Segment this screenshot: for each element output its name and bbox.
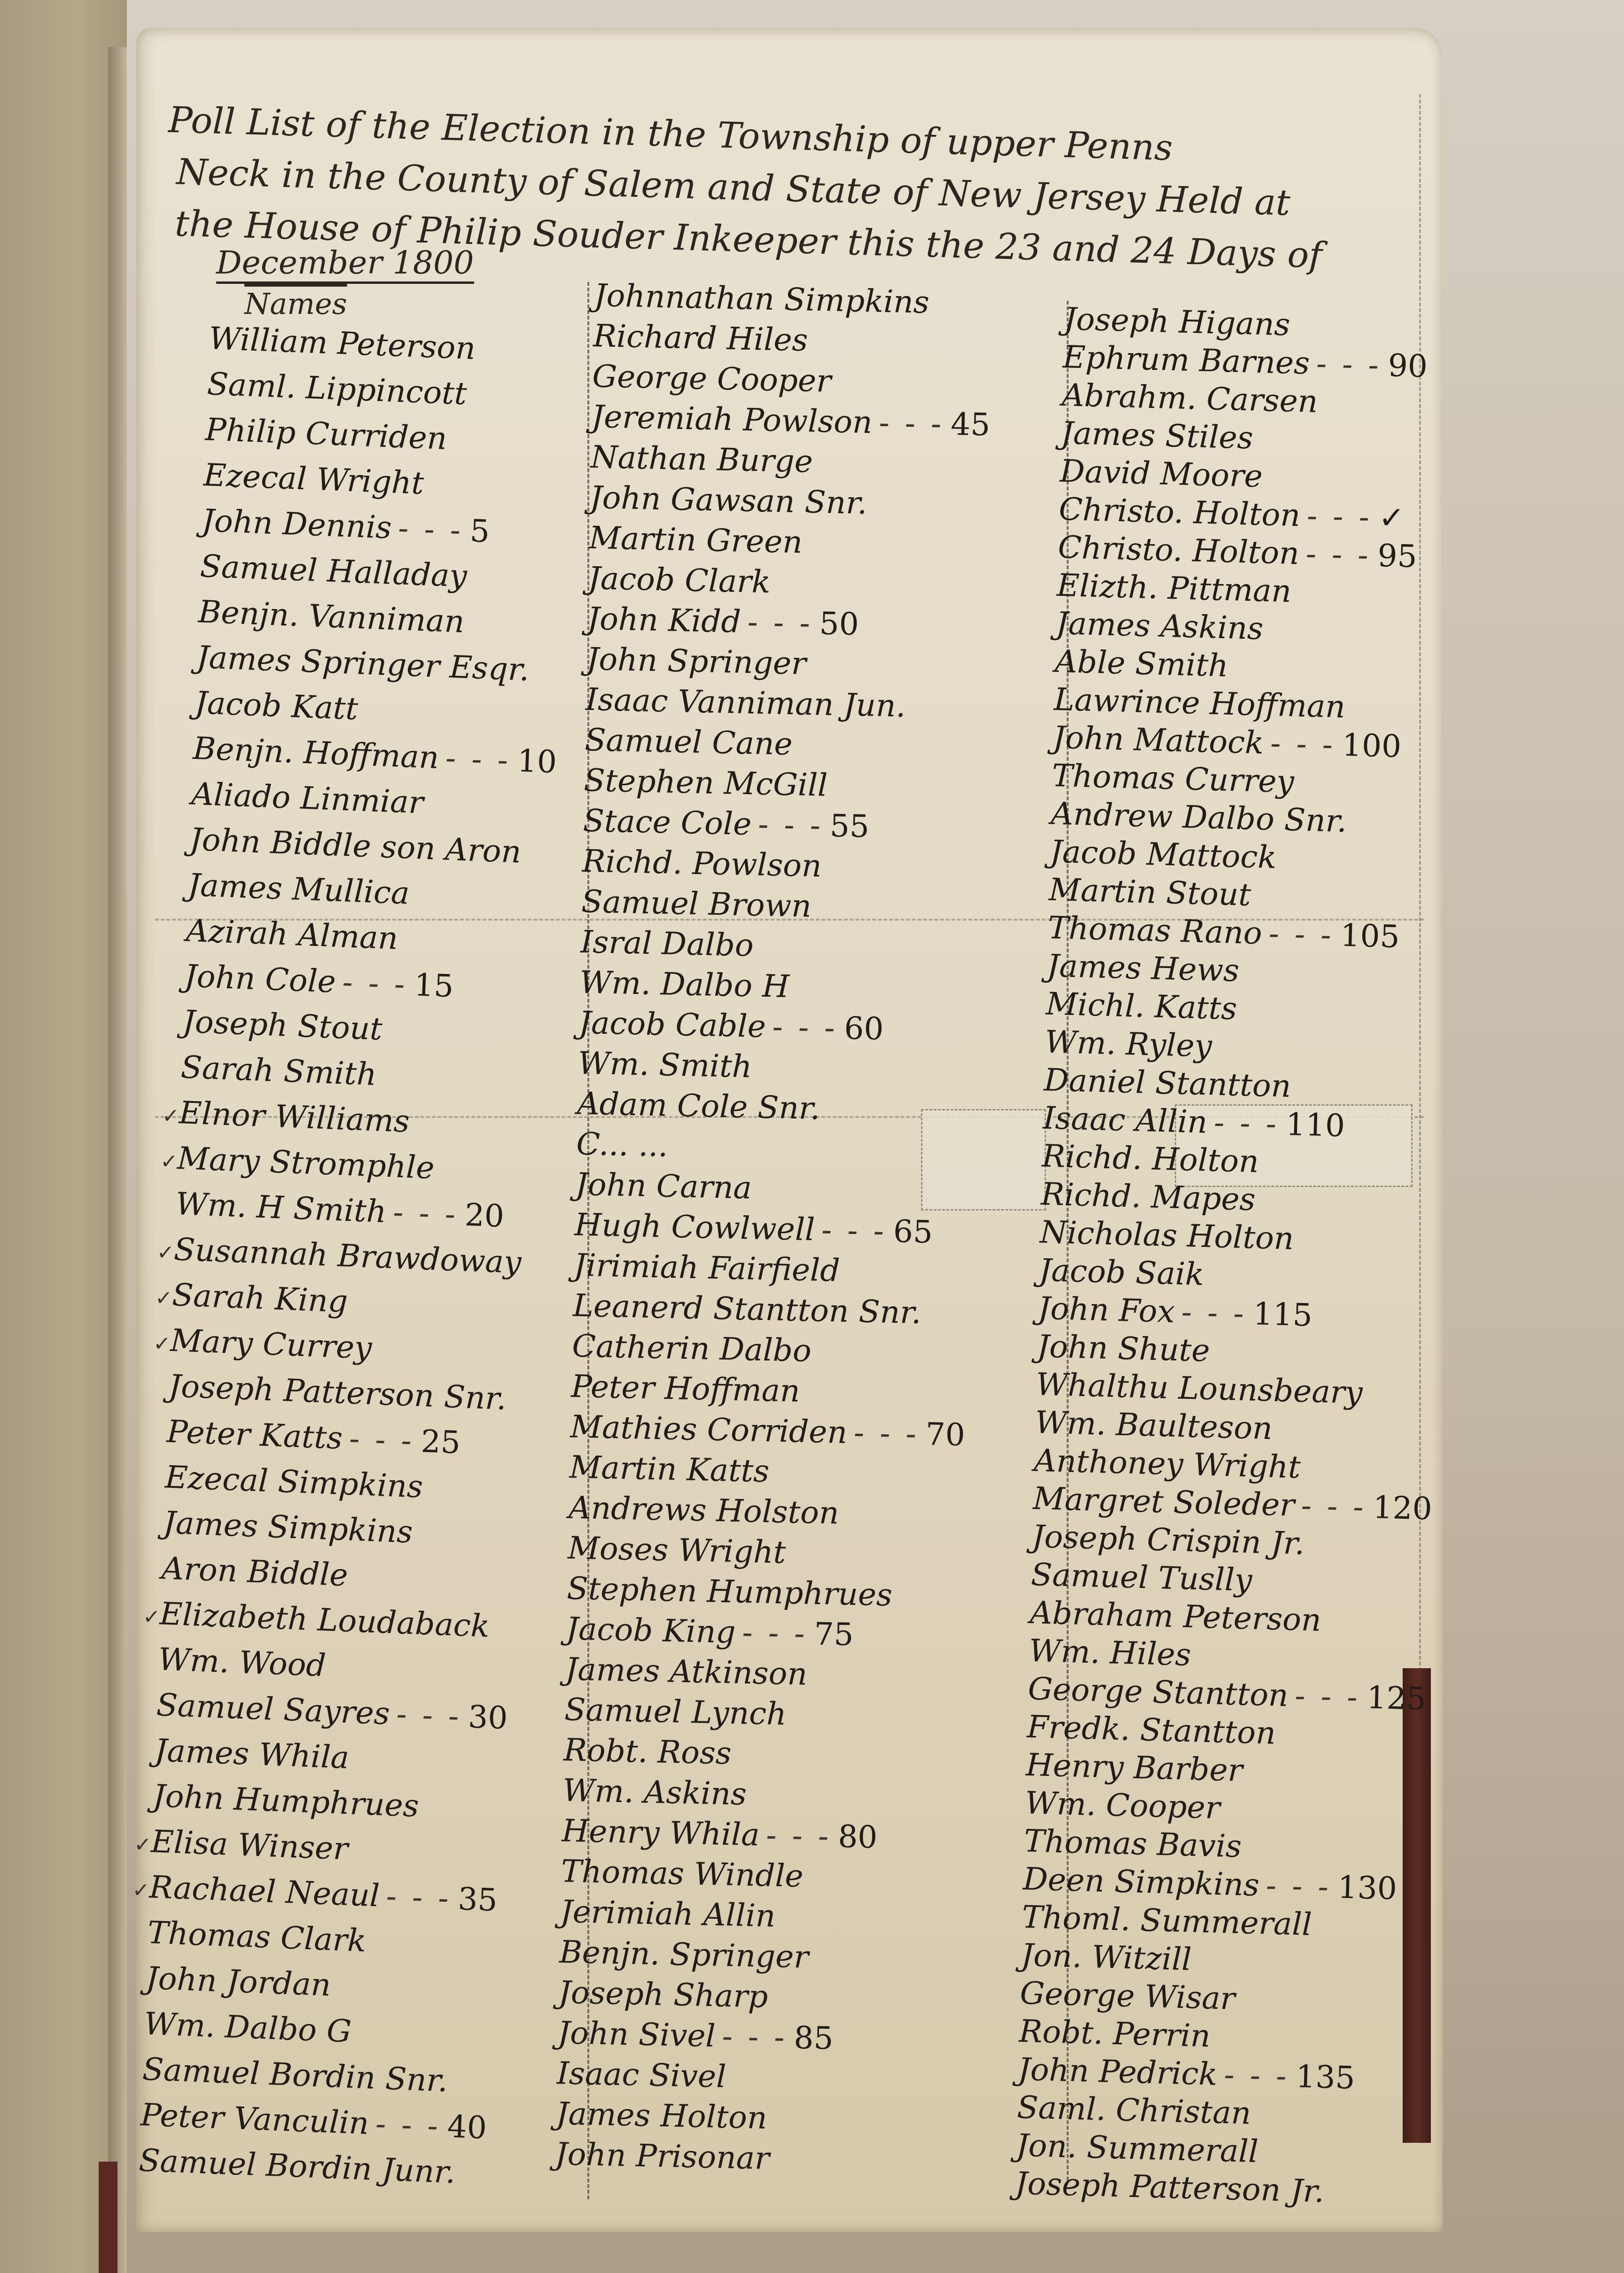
checkmark-icon: ✓ <box>160 1149 178 1174</box>
voter-name: Lawrince Hoffman <box>1054 681 1346 725</box>
checkmark-icon <box>167 986 184 986</box>
voter-name: Stephen McGill <box>584 762 828 804</box>
running-tally: 80 <box>838 1819 878 1856</box>
voter-name: Robt. Ross <box>563 1732 732 1771</box>
voter-name: Anthoney Wright <box>1033 1442 1301 1485</box>
voter-name: Jon. Summerall <box>1015 2127 1259 2170</box>
voter-name: Isaac Sivel <box>556 2055 726 2095</box>
names-column-heading: Names <box>244 287 347 321</box>
running-tally: 115 <box>1253 1296 1313 1333</box>
voter-name: Ephrum Barnes <box>1062 339 1310 382</box>
voter-name: George Wisar <box>1020 1975 1236 2017</box>
voter-name: John Dennis <box>201 502 392 546</box>
voter-name: Jerimiah Allin <box>560 1893 776 1934</box>
checkmark-icon <box>127 2033 144 2034</box>
voter-name: Robt. Perrin <box>1019 2013 1211 2054</box>
leader-dashes: - - - <box>392 1194 459 1233</box>
voter-name: John Cole <box>184 958 336 1000</box>
gutter-shadow <box>108 47 127 2273</box>
checkmark-icon <box>137 1760 154 1761</box>
voter-name: James Hews <box>1046 948 1240 989</box>
voter-name: Isral Dalbo <box>580 924 754 964</box>
checkmark-icon <box>183 576 200 577</box>
checkmark-icon <box>158 1214 175 1214</box>
voter-name: Isaac Vanniman Jun. <box>585 681 906 724</box>
checkmark-icon <box>144 1578 161 1578</box>
voter-name: Thomas Windle <box>561 1853 804 1894</box>
checkmark-icon <box>180 667 196 667</box>
binding-cover-edge <box>1403 1668 1431 2143</box>
leader-dashes: - - - <box>1305 536 1372 574</box>
voter-name: Wm. Askins <box>562 1772 747 1812</box>
leader-dashes: - - - <box>349 1421 415 1459</box>
voter-name: Fredk. Stantton <box>1027 1709 1276 1751</box>
checkmark-icon: ✓ <box>142 1605 160 1629</box>
voter-name: Richd. Powlson <box>582 843 822 884</box>
voter-name: John Pedrick <box>1017 2051 1218 2093</box>
checkmark-icon <box>171 895 187 895</box>
voter-name: James Askins <box>1055 605 1264 647</box>
voter-name: Joseph Higans <box>1063 301 1290 343</box>
checkmark-icon <box>176 758 193 758</box>
voter-name: Samuel Cane <box>585 722 793 762</box>
running-tally: 105 <box>1340 917 1400 955</box>
leader-dashes: - - - <box>1316 345 1382 383</box>
running-tally: 100 <box>1342 727 1402 765</box>
voter-name: James Holton <box>555 2095 767 2136</box>
voter-name: Andrews Holston <box>568 1489 839 1531</box>
checkmark-icon <box>186 485 203 485</box>
leader-dashes: - - - <box>1301 1487 1367 1525</box>
checkmark-icon <box>172 849 189 850</box>
voter-name: Abrahm. Carsen <box>1062 377 1319 420</box>
voter-name: Nicholas Holton <box>1039 1214 1294 1257</box>
voter-name: Jacob Katt <box>194 685 359 727</box>
checkmark-icon: ✓ <box>156 1241 174 1265</box>
leader-dashes: - - - <box>398 510 464 548</box>
leader-dashes: - - - <box>766 1817 832 1854</box>
checkmark-icon: ✓ <box>132 1878 150 1903</box>
voter-name: Richd. Holton <box>1041 1138 1259 1179</box>
voter-name: Thomas Currey <box>1052 758 1295 800</box>
checkmark-icon <box>139 1715 156 1715</box>
voter-name: Jirimiah Fairfield <box>573 1247 840 1289</box>
running-tally: 25 <box>420 1423 461 1461</box>
voter-name: John Jordan <box>145 1960 332 2003</box>
voter-name: Peter Hoffman <box>571 1368 801 1409</box>
leader-dashes: - - - <box>722 2018 788 2056</box>
running-tally: 45 <box>951 406 991 443</box>
leader-dashes: - - - <box>742 1614 808 1652</box>
voter-name: John Mattock <box>1053 719 1265 761</box>
checkmark-icon <box>151 1396 168 1396</box>
voter-name: Richd. Mapes <box>1040 1176 1256 1218</box>
voter-name: James Atkinson <box>565 1651 808 1692</box>
leader-dashes: - - - <box>385 1878 452 1916</box>
voter-name: Thoml. Summerall <box>1022 1899 1312 1943</box>
checkmark-icon <box>136 1806 153 1806</box>
voter-name: Thomas Bavis <box>1023 1823 1242 1865</box>
voter-name: Nathan Burge <box>590 439 813 480</box>
voter-name: Jacob Clark <box>588 560 771 600</box>
checkmark-icon <box>178 712 195 713</box>
running-tally: 85 <box>794 2020 834 2057</box>
voter-name: Johnnathan Simpkins <box>593 277 929 320</box>
voter-column-middle: Johnnathan SimpkinsRichard HilesGeorge C… <box>554 277 1064 2186</box>
voter-name: Christo. Holton <box>1057 529 1300 571</box>
running-tally: 135 <box>1296 2058 1356 2096</box>
checkmark-icon: ✓ <box>155 1286 172 1310</box>
voter-name: Jacob Saik <box>1038 1252 1204 1292</box>
voter-name: Jacob Cable <box>578 1005 766 1045</box>
voter-name: John Springer <box>586 641 806 682</box>
checkmark-icon <box>149 1441 166 1442</box>
voter-name: Elisa Winser <box>150 1823 349 1867</box>
running-tally: 125 <box>1366 1679 1427 1717</box>
voter-name: Jeremiah Powlson <box>591 398 873 441</box>
voter-name: Catherin Dalbo <box>572 1328 812 1369</box>
voter-name: Samuel Tuslly <box>1031 1556 1253 1598</box>
voter-name: Stephen Humphrues <box>567 1570 893 1613</box>
checkmark-icon <box>125 2079 142 2079</box>
voter-name: Henry Whila <box>562 1812 760 1853</box>
election-date: December 1800 <box>216 244 474 284</box>
voter-name: Christo. Holton <box>1058 491 1301 533</box>
checkmark-icon <box>190 394 207 394</box>
voter-name: Benjn. Springer <box>559 1934 809 1975</box>
voter-name: Thomas Clark <box>147 1914 367 1959</box>
leader-dashes: - - - <box>342 964 408 1002</box>
checkmark-icon <box>130 1942 147 1943</box>
voter-name: John Carna <box>575 1166 752 1206</box>
leader-dashes: - - - <box>1270 725 1336 763</box>
voter-name: David Moore <box>1060 453 1263 494</box>
voter-name: Sarah King <box>172 1277 349 1320</box>
voter-name: Leanerd Stantton Snr. <box>572 1288 921 1331</box>
running-tally: 30 <box>468 1699 508 1736</box>
leader-dashes: - - - <box>821 1212 887 1250</box>
voter-name: Deen Simpkins <box>1023 1861 1260 1903</box>
voter-name: Richard Hiles <box>593 318 809 359</box>
voter-name: Joseph Crispin Jr. <box>1031 1518 1305 1562</box>
leader-dashes: - - - <box>375 2106 442 2144</box>
leader-dashes: - - - <box>445 740 512 778</box>
leader-dashes: - - - <box>879 405 945 442</box>
voter-name: John Fox <box>1038 1290 1175 1330</box>
voter-name: Wm. H Smith <box>175 1186 387 1230</box>
running-tally: 75 <box>814 1616 854 1653</box>
running-tally: 95 <box>1377 538 1418 575</box>
running-tally: 15 <box>414 967 454 1004</box>
voter-name: Able Smith <box>1054 643 1229 684</box>
checkmark-icon <box>181 622 198 622</box>
checkmark-icon <box>129 1988 146 1988</box>
running-tally: 70 <box>925 1416 966 1453</box>
voter-name: Margret Soleder <box>1032 1480 1295 1523</box>
voter-name: Stace Cole <box>583 803 752 842</box>
voter-name: Wm. Dalbo H <box>579 964 790 1005</box>
voter-name: Wm. Wood <box>157 1641 327 1684</box>
running-tally: 55 <box>829 808 870 845</box>
leader-dashes: - - - <box>1224 2056 1290 2094</box>
leader-dashes: - - - <box>1268 915 1335 953</box>
running-tally: 130 <box>1337 1869 1398 1906</box>
leader-dashes: - - - <box>853 1414 919 1452</box>
running-tally: 65 <box>893 1213 933 1250</box>
voter-name: Wm. Ryley <box>1045 1023 1213 1064</box>
checkmark-icon <box>192 348 209 349</box>
voter-name: Thomas Rano <box>1047 910 1263 952</box>
checkmark-icon <box>148 1487 165 1487</box>
voter-name: Saml. Christan <box>1016 2089 1251 2132</box>
checkmark-icon: ✓ <box>162 1104 180 1128</box>
voter-name: Andrew Dalbo Snr. <box>1050 796 1347 839</box>
running-tally: 120 <box>1373 1489 1433 1527</box>
checkmark-icon <box>169 940 186 941</box>
voter-name: Michl. Katts <box>1046 986 1238 1027</box>
voter-name: Henry Barber <box>1025 1747 1243 1789</box>
voter-name: John Prisonar <box>555 2136 770 2177</box>
binding-spine <box>99 2162 117 2273</box>
voter-name: George Stantton <box>1028 1671 1289 1713</box>
running-tally: 60 <box>844 1010 884 1047</box>
voter-name: George Cooper <box>592 358 832 399</box>
leader-dashes: - - - <box>1295 1678 1361 1716</box>
running-tally: 35 <box>457 1881 498 1918</box>
voter-name: Moses Wright <box>568 1530 786 1570</box>
voter-name: John Sivel <box>557 2015 716 2054</box>
running-tally: 110 <box>1285 1106 1345 1144</box>
checkmark-icon: ✓ <box>133 1833 151 1857</box>
checkmark-icon <box>146 1532 163 1533</box>
voter-name: Samuel Lynch <box>564 1691 787 1732</box>
leader-dashes: - - - <box>396 1696 462 1734</box>
running-tally: 50 <box>819 605 859 642</box>
voter-column-right: Joseph HigansEphrum Barnes- - -90Abrahm.… <box>1015 301 1421 2213</box>
voter-name: Martin Green <box>589 520 803 561</box>
voter-name: Martin Katts <box>569 1449 770 1489</box>
voter-name: Wm. Baulteson <box>1034 1404 1273 1446</box>
checkmark-icon <box>165 1031 182 1032</box>
leader-dashes: - - - <box>772 1008 838 1046</box>
voter-name: Mary Currey <box>170 1322 373 1366</box>
voter-name: C... ... <box>576 1126 669 1164</box>
running-tally: 90 <box>1388 347 1428 384</box>
voter-name: Joseph Patterson Jr. <box>1015 2165 1325 2210</box>
voter-name: Jon. Witzill <box>1021 1937 1192 1977</box>
leader-dashes: - - - <box>1213 1104 1280 1142</box>
leader-dashes: - - - <box>1265 1867 1332 1905</box>
checkmark-icon <box>141 1669 158 1670</box>
voter-name: Aron Biddle <box>161 1550 348 1593</box>
voter-name: Joseph Sharp <box>558 1974 768 2015</box>
voter-name: Peter Katts <box>166 1414 344 1456</box>
photo-background: Poll List of the Election in the Townshi… <box>0 0 1624 2273</box>
voter-name: John Gawsan Snr. <box>589 479 867 521</box>
running-tally: 40 <box>446 2109 487 2146</box>
leader-dashes: - - - <box>747 604 813 641</box>
checkmark-icon <box>185 531 202 531</box>
voter-name: Adam Cole Snr. <box>577 1086 820 1127</box>
checkmark-icon <box>164 1077 180 1078</box>
voter-name: Joseph Stout <box>182 1003 383 1047</box>
voter-name: Mathies Corriden <box>570 1408 848 1450</box>
voter-name: John Kidd <box>587 601 742 640</box>
voter-name: Daniel Stantton <box>1044 1062 1292 1104</box>
checkmark-icon <box>174 804 191 804</box>
voter-name: Jacob Mattock <box>1049 834 1277 876</box>
voter-name: Hugh Cowlwell <box>574 1207 815 1248</box>
running-tally: 10 <box>516 742 557 780</box>
voter-name: Sarah Smith <box>180 1049 377 1093</box>
running-tally: ✓ <box>1378 500 1405 536</box>
leader-dashes: - - - <box>1181 1294 1247 1332</box>
checkmark-icon <box>188 439 205 440</box>
voter-column-left: William PetersonSaml. LippincottPhilip C… <box>121 320 578 2202</box>
voter-name: James Stiles <box>1061 415 1254 456</box>
voter-name: James Whila <box>154 1732 350 1776</box>
voter-name: Abraham Peterson <box>1030 1594 1322 1638</box>
voter-name: Wm. Hiles <box>1029 1632 1192 1673</box>
checkmark-icon <box>123 2125 140 2125</box>
leader-dashes: - - - <box>1306 498 1373 536</box>
voter-name: Wm. Dalbo G <box>143 2006 352 2050</box>
checkmark-icon <box>122 2170 139 2171</box>
leader-dashes: - - - <box>757 806 823 844</box>
running-tally: 20 <box>464 1197 505 1234</box>
voter-name: Elizth. Pittman <box>1056 567 1292 609</box>
voter-name: Wm. Cooper <box>1024 1785 1220 1826</box>
voter-name: Azirah Alman <box>186 912 399 956</box>
voter-name: Wm. Smith <box>578 1045 752 1085</box>
voter-name: John Shute <box>1037 1328 1210 1369</box>
running-tally: 5 <box>469 513 491 550</box>
voter-name: Samuel Brown <box>581 883 812 924</box>
voter-name: Isaac Allin <box>1042 1100 1208 1140</box>
voter-name: Martin Stout <box>1048 872 1251 913</box>
voter-name: Jacob King <box>566 1610 736 1650</box>
checkmark-icon: ✓ <box>153 1331 171 1356</box>
